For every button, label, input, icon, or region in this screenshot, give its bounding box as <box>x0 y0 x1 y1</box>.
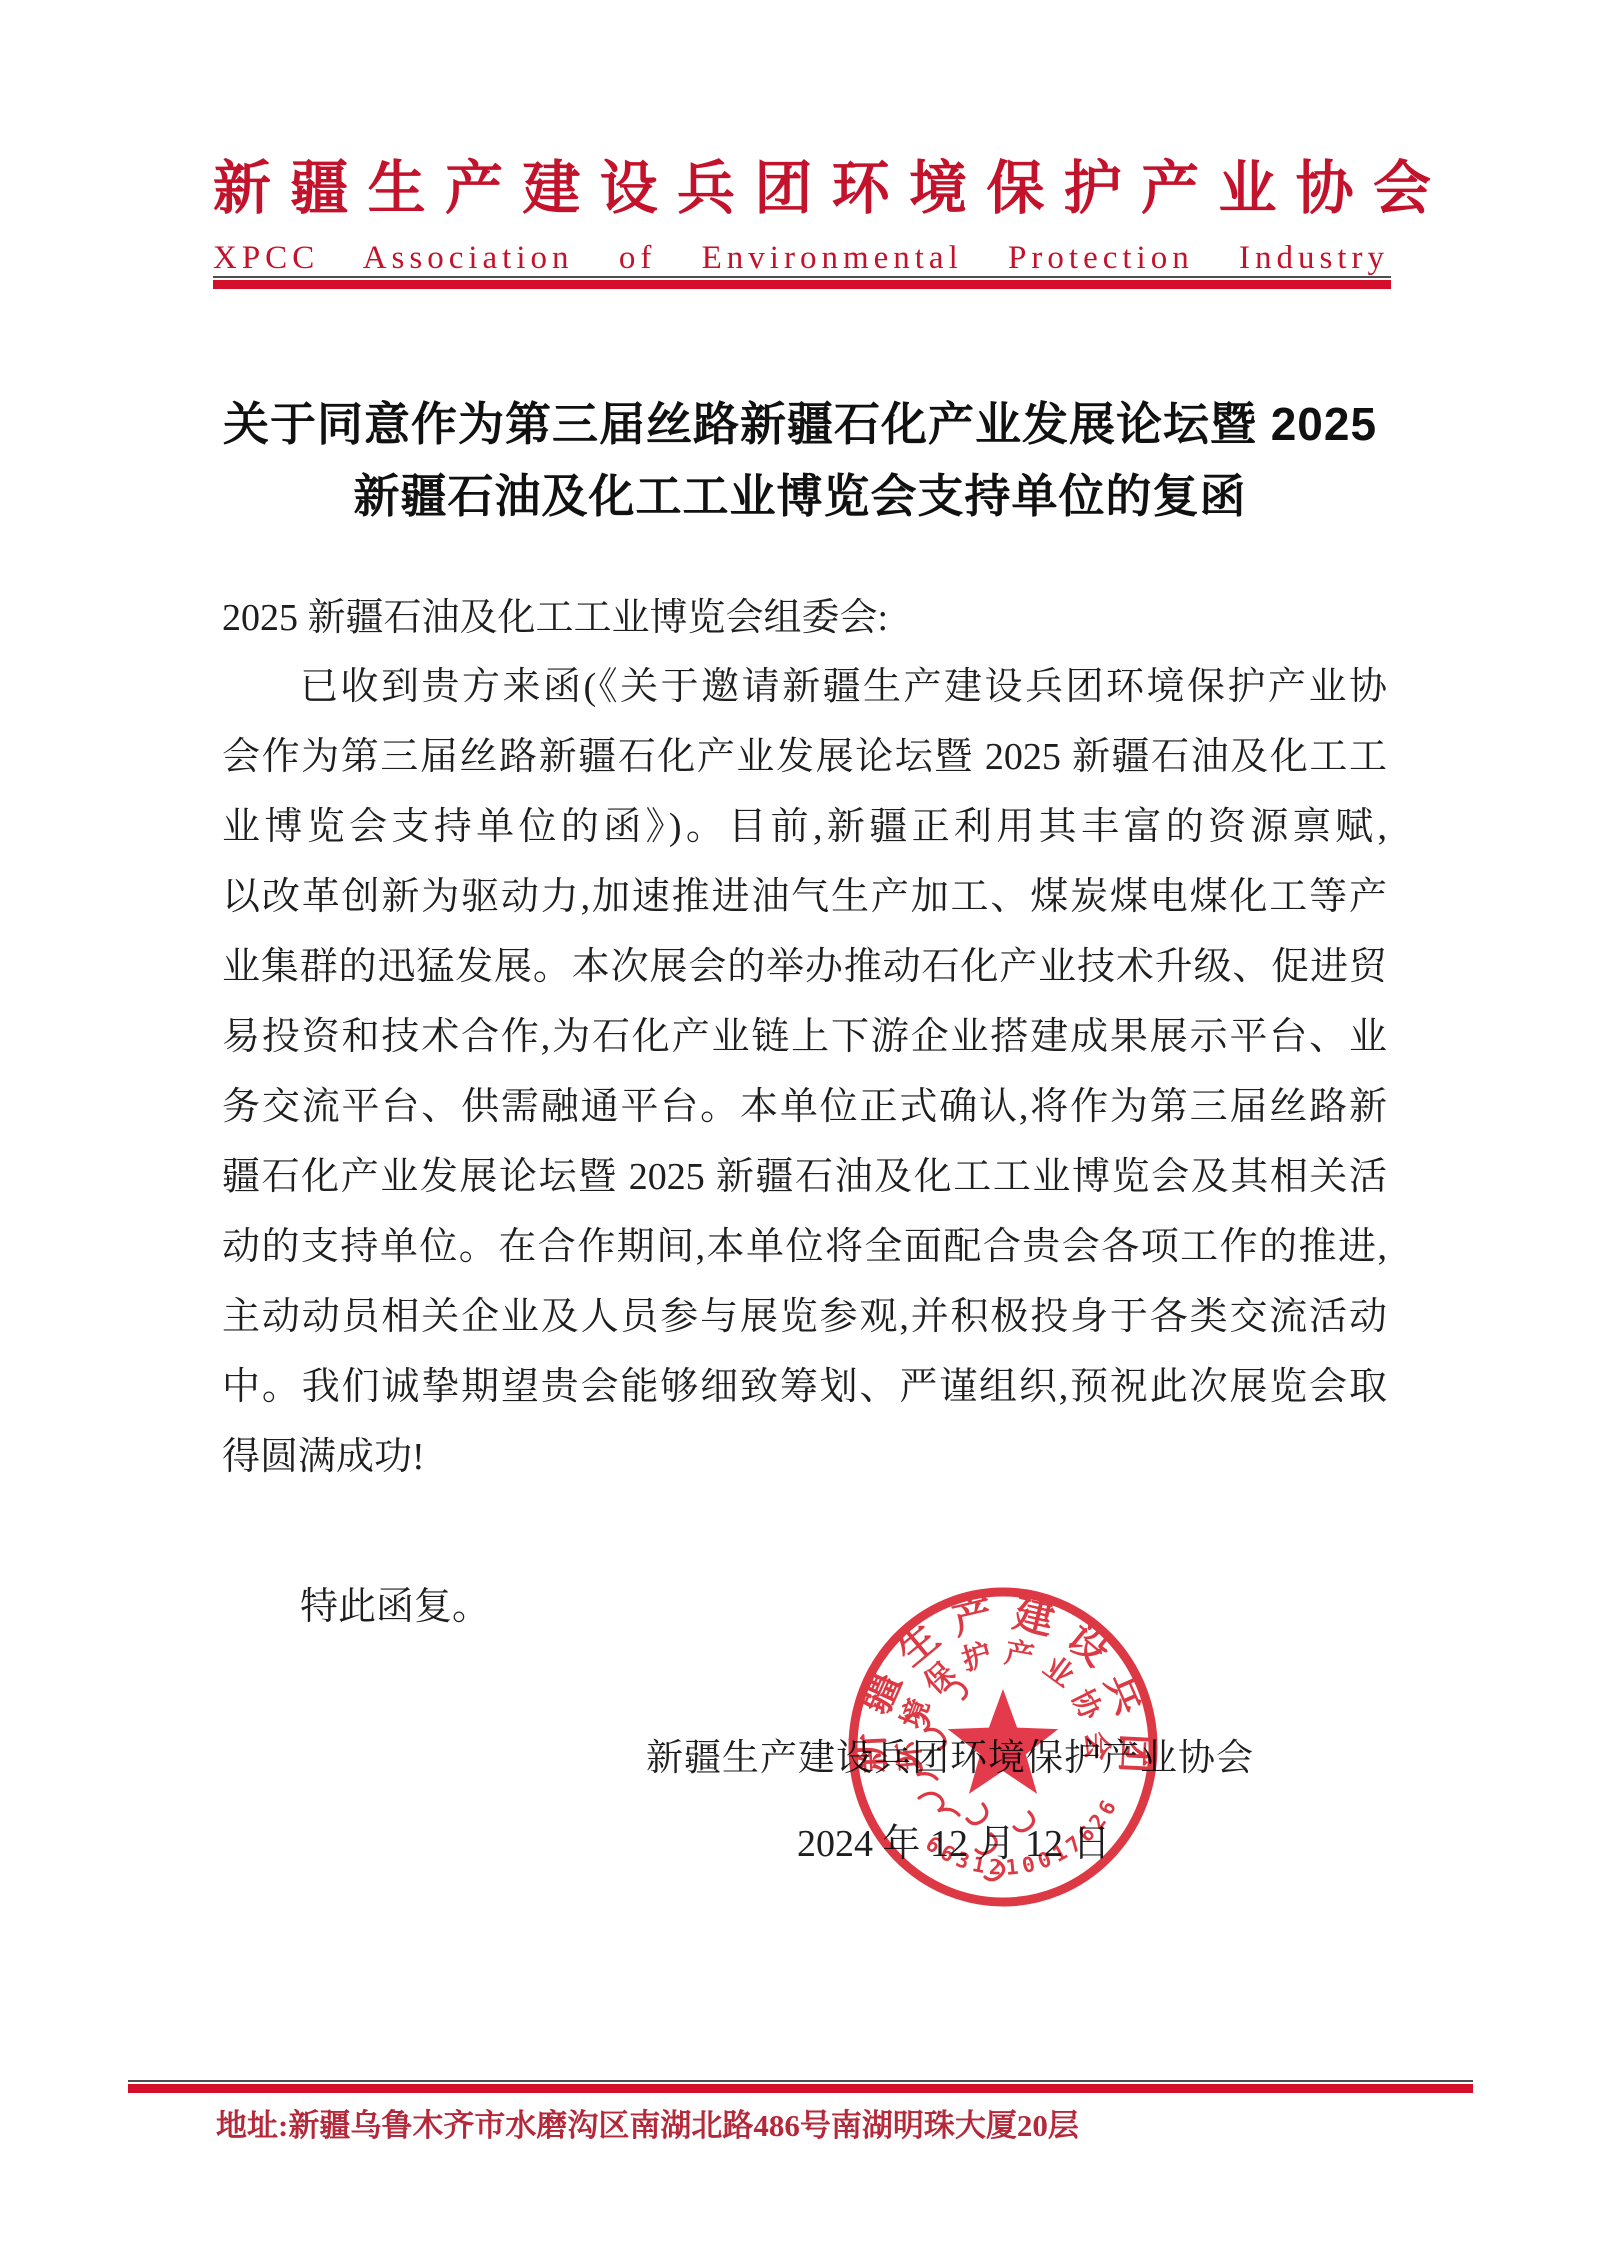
salutation: 2025 新疆石油及化工工业博览会组委会: <box>222 592 1387 644</box>
body-line: 业集群的迅猛发展。本次展会的举办推动石化产业技术升级、促进贸 <box>222 932 1387 1002</box>
signature-date: 2024 年 12 月 12 日 <box>797 1818 1111 1870</box>
body-line: 得圆满成功! <box>222 1422 1387 1492</box>
footer-divider-rule <box>128 2080 1473 2093</box>
closing-phrase: 特此函复。 <box>222 1572 1387 1642</box>
letterhead-org-name-cn: 新疆生产建设兵团环境保护产业协会 <box>213 150 1431 228</box>
letterhead-org-name-en: XPCC Association of Environmental Protec… <box>213 236 1389 280</box>
body-paragraph: 已收到贵方来函(《关于邀请新疆生产建设兵团环境保护产业协会作为第三届丝路新疆石化… <box>222 652 1387 1492</box>
footer-address: 地址:新疆乌鲁木齐市水磨沟区南湖北路486号南湖明珠大厦20层 <box>216 2104 1079 2148</box>
body-line: 疆石化产业发展论坛暨 2025 新疆石油及化工工业博览会及其相关活 <box>222 1142 1387 1212</box>
letterhead-divider-rule <box>213 276 1391 289</box>
body-line: 以改革创新为驱动力,加速推进油气生产加工、煤炭煤电煤化工等产 <box>222 862 1387 932</box>
body-line: 已收到贵方来函(《关于邀请新疆生产建设兵团环境保护产业协 <box>222 652 1387 722</box>
document-title-line2: 新疆石油及化工工业博览会支持单位的复函 <box>0 460 1600 526</box>
body-line: 主动动员相关企业及人员参与展览参观,并积极投身于各类交流活动 <box>222 1282 1387 1352</box>
document-title-line1: 关于同意作为第三届丝路新疆石化产业发展论坛暨 2025 <box>0 388 1600 454</box>
letter-page: 新疆生产建设兵团环境保护产业协会 XPCC Association of Env… <box>0 0 1600 2264</box>
body-line: 业博览会支持单位的函》)。目前,新疆正利用其丰富的资源禀赋, <box>222 792 1387 862</box>
body-line: 易投资和技术合作,为石化产业链上下游企业搭建成果展示平台、业 <box>222 1002 1387 1072</box>
body-line: 中。我们诚挚期望贵会能够细致筹划、严谨组织,预祝此次展览会取 <box>222 1352 1387 1422</box>
signature-org-name: 新疆生产建设兵团环境保护产业协会 <box>646 1733 1254 1785</box>
body-line: 会作为第三届丝路新疆石化产业发展论坛暨 2025 新疆石油及化工工 <box>222 722 1387 792</box>
body-line: 动的支持单位。在合作期间,本单位将全面配合贵会各项工作的推进, <box>222 1212 1387 1282</box>
body-line: 务交流平台、供需融通平台。本单位正式确认,将作为第三届丝路新 <box>222 1072 1387 1142</box>
